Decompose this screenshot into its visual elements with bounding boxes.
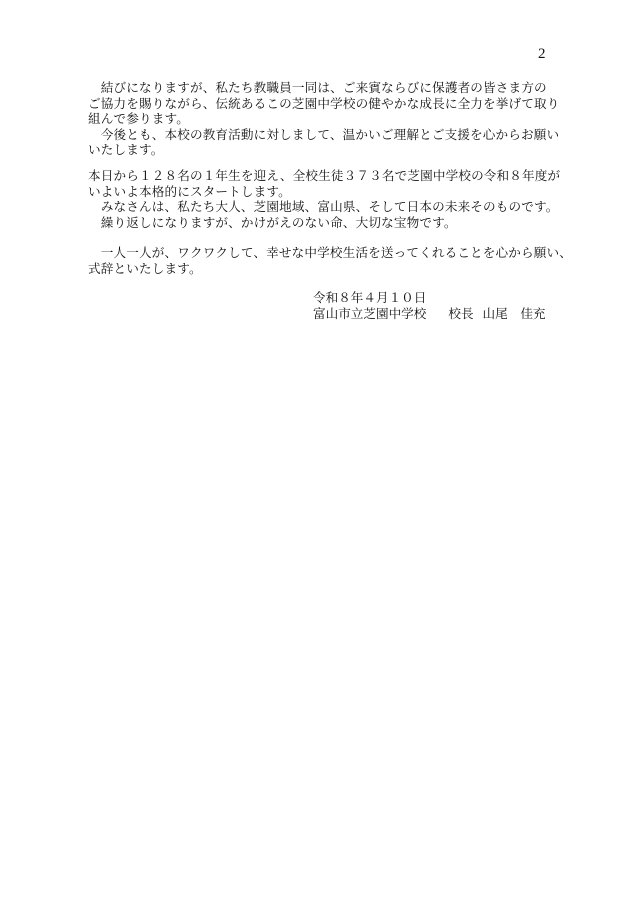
paragraph-closing-line-2: ご協力を賜りながら、伝統あるこの芝園中学校の健やかな成長に全力を挙げて取り — [88, 96, 560, 111]
paragraph-treasure-line: 繰り返しになりますが、かけがえのない命、大切な宝物です。 — [88, 215, 457, 230]
paragraph-request-line-1: 今後とも、本校の教育活動に対しまして、温かいご理解とご支援を心からお願い — [88, 127, 559, 142]
signature-name: 山尾 佳充 — [483, 306, 546, 321]
paragraph-wish-line-2: 式辞といたします。 — [88, 261, 202, 276]
paragraph-closing-line-3: 組んで参ります。 — [88, 111, 189, 126]
signature-title: 校長 — [448, 306, 473, 321]
paragraph-wish-line-1: 一人一人が、ワクワクして、幸せな中学校生活を送ってくれることを心から願い、 — [88, 245, 572, 260]
paragraph-welcome-line-2: いよいよ本格的にスタートします。 — [88, 184, 291, 199]
paragraph-welcome-line-1: 本日から１２８名の１年生を迎え、全校生徒３７３名で芝園中学校の令和８年度が — [88, 168, 560, 183]
signature-block: 富山市立芝園中学校校長山尾 佳充 — [313, 306, 546, 321]
paragraph-request-line-2: いたします。 — [88, 142, 163, 157]
paragraph-future-line: みなさんは、私たち大人、芝園地域、富山県、そして日本の未来そのものです。 — [88, 199, 559, 214]
paragraph-closing-line-1: 結びになりますが、私たち教職員一同は、ご来賓ならびに保護者の皆さま方の — [88, 80, 547, 95]
signature-date: 令和８年４月１０日 — [313, 290, 426, 305]
signature-school: 富山市立芝園中学校 — [313, 306, 426, 321]
page-number: 2 — [538, 46, 546, 63]
